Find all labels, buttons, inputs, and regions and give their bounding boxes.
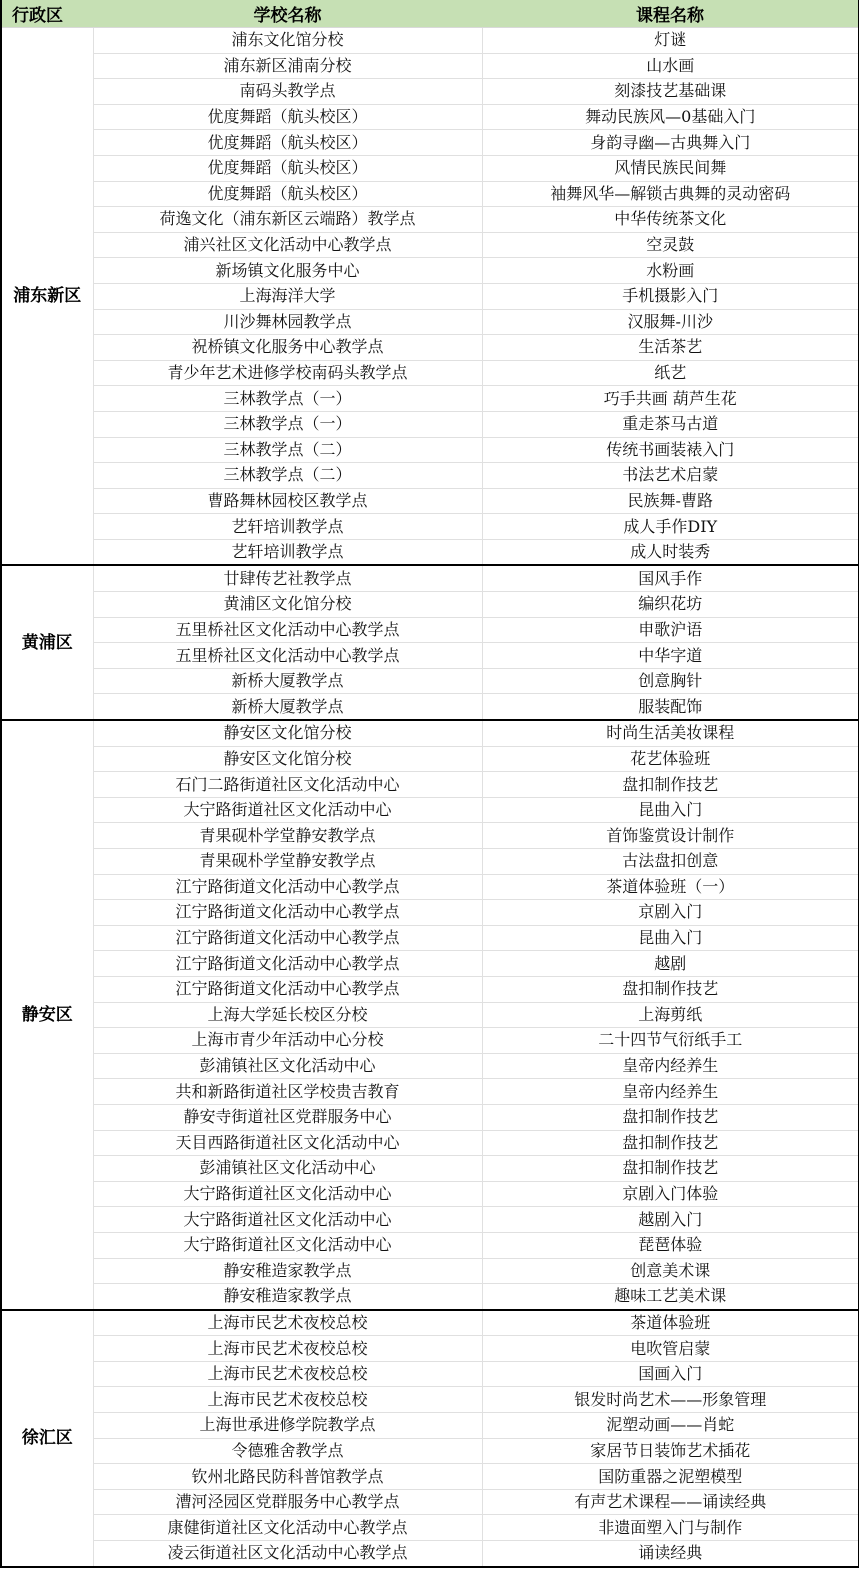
course-cell: 传统书画装裱入门	[482, 437, 859, 463]
table-row: 艺轩培训教学点成人手作DIY	[1, 514, 859, 540]
header-district: 行政区	[1, 0, 93, 28]
course-cell: 空灵鼓	[482, 232, 859, 258]
table-row: 共和新路街道社区学校贵吉教育皇帝内经养生	[1, 1079, 859, 1105]
course-cell: 二十四节气衍纸手工	[482, 1028, 859, 1054]
table-row: 三林教学点（一）重走茶马古道	[1, 411, 859, 437]
header-row: 行政区 学校名称 课程名称	[1, 0, 859, 28]
school-cell: 上海大学延长校区分校	[93, 1002, 482, 1028]
table-row: 优度舞蹈（航头校区）身韵寻幽—古典舞入门	[1, 130, 859, 156]
course-cell: 非遗面塑入门与制作	[482, 1515, 859, 1541]
school-cell: 新桥大厦教学点	[93, 668, 482, 694]
school-cell: 江宁路街道文化活动中心教学点	[93, 874, 482, 900]
school-cell: 三林教学点（二）	[93, 463, 482, 489]
course-cell: 服装配饰	[482, 694, 859, 720]
table-row: 五里桥社区文化活动中心教学点中华字道	[1, 643, 859, 669]
course-cell: 趣味工艺美术课	[482, 1284, 859, 1310]
school-cell: 三林教学点（一）	[93, 411, 482, 437]
table-row: 徐汇区上海市民艺术夜校总校茶道体验班	[1, 1310, 859, 1336]
school-cell: 大宁路街道社区文化活动中心	[93, 1181, 482, 1207]
course-cell: 昆曲入门	[482, 797, 859, 823]
school-cell: 青果砚朴学堂静安教学点	[93, 849, 482, 875]
table-row: 江宁路街道文化活动中心教学点越剧	[1, 951, 859, 977]
table-row: 静安区静安区文化馆分校时尚生活美妆课程	[1, 720, 859, 746]
course-cell: 家居节日装饰艺术插花	[482, 1438, 859, 1464]
course-cell: 国风手作	[482, 565, 859, 591]
table-row: 青果砚朴学堂静安教学点古法盘扣创意	[1, 849, 859, 875]
course-cell: 花艺体验班	[482, 746, 859, 772]
table-row: 新场镇文化服务中心水粉画	[1, 258, 859, 284]
school-cell: 大宁路街道社区文化活动中心	[93, 1207, 482, 1233]
school-cell: 浦东文化馆分校	[93, 28, 482, 54]
course-cell: 中华字道	[482, 643, 859, 669]
course-cell: 盘扣制作技艺	[482, 772, 859, 798]
course-cell: 盘扣制作技艺	[482, 1156, 859, 1182]
district-cell: 静安区	[1, 720, 93, 1310]
table-row: 上海海洋大学手机摄影入门	[1, 283, 859, 309]
course-cell: 皇帝内经养生	[482, 1053, 859, 1079]
course-cell: 皇帝内经养生	[482, 1079, 859, 1105]
table-row: 江宁路街道文化活动中心教学点盘扣制作技艺	[1, 976, 859, 1002]
school-cell: 大宁路街道社区文化活动中心	[93, 1232, 482, 1258]
school-cell: 优度舞蹈（航头校区）	[93, 130, 482, 156]
table-row: 上海市民艺术夜校总校电吹管启蒙	[1, 1336, 859, 1362]
course-cell: 纸艺	[482, 360, 859, 386]
school-cell: 南码头教学点	[93, 79, 482, 105]
school-cell: 共和新路街道社区学校贵吉教育	[93, 1079, 482, 1105]
school-cell: 青果砚朴学堂静安教学点	[93, 823, 482, 849]
school-cell: 钦州北路民防科普馆教学点	[93, 1464, 482, 1490]
course-cell: 越剧入门	[482, 1207, 859, 1233]
school-cell: 浦兴社区文化活动中心教学点	[93, 232, 482, 258]
school-cell: 凌云街道社区文化活动中心教学点	[93, 1541, 482, 1567]
table-row: 青少年艺术进修学校南码头教学点纸艺	[1, 360, 859, 386]
school-cell: 上海市民艺术夜校总校	[93, 1387, 482, 1413]
table-row: 江宁路街道文化活动中心教学点茶道体验班（一）	[1, 874, 859, 900]
course-cell: 中华传统茶文化	[482, 207, 859, 233]
school-cell: 川沙舞林园教学点	[93, 309, 482, 335]
course-cell: 银发时尚艺术——形象管理	[482, 1387, 859, 1413]
school-cell: 江宁路街道文化活动中心教学点	[93, 900, 482, 926]
district-cell: 浦东新区	[1, 28, 93, 566]
table-row: 大宁路街道社区文化活动中心越剧入门	[1, 1207, 859, 1233]
school-cell: 彭浦镇社区文化活动中心	[93, 1156, 482, 1182]
table-row: 上海市青少年活动中心分校二十四节气衍纸手工	[1, 1028, 859, 1054]
course-cell: 国画入门	[482, 1361, 859, 1387]
school-cell: 康健街道社区文化活动中心教学点	[93, 1515, 482, 1541]
table-row: 静安稚造家教学点创意美术课	[1, 1258, 859, 1284]
table-row: 曹路舞林园校区教学点民族舞-曹路	[1, 488, 859, 514]
table-row: 优度舞蹈（航头校区）袖舞风华—解锁古典舞的灵动密码	[1, 181, 859, 207]
school-cell: 曹路舞林园校区教学点	[93, 488, 482, 514]
school-cell: 五里桥社区文化活动中心教学点	[93, 643, 482, 669]
table-row: 三林教学点（一）巧手共画 葫芦生花	[1, 386, 859, 412]
school-cell: 天目西路街道社区文化活动中心	[93, 1130, 482, 1156]
course-cell: 茶道体验班（一）	[482, 874, 859, 900]
school-cell: 上海海洋大学	[93, 283, 482, 309]
table-row: 黄浦区廿肆传艺社教学点国风手作	[1, 565, 859, 591]
table-row: 上海世承进修学院教学点泥塑动画——肖蛇	[1, 1413, 859, 1439]
school-cell: 上海世承进修学院教学点	[93, 1413, 482, 1439]
school-cell: 青少年艺术进修学校南码头教学点	[93, 360, 482, 386]
table-row: 漕河泾园区党群服务中心教学点有声艺术课程——诵读经典	[1, 1489, 859, 1515]
course-cell: 泥塑动画——肖蛇	[482, 1413, 859, 1439]
course-cell: 重走茶马古道	[482, 411, 859, 437]
school-cell: 漕河泾园区党群服务中心教学点	[93, 1489, 482, 1515]
school-cell: 三林教学点（二）	[93, 437, 482, 463]
course-cell: 创意胸针	[482, 668, 859, 694]
school-cell: 优度舞蹈（航头校区）	[93, 155, 482, 181]
table-row: 五里桥社区文化活动中心教学点申歌沪语	[1, 617, 859, 643]
school-cell: 上海市青少年活动中心分校	[93, 1028, 482, 1054]
course-cell: 越剧	[482, 951, 859, 977]
school-cell: 五里桥社区文化活动中心教学点	[93, 617, 482, 643]
course-cell: 巧手共画 葫芦生花	[482, 386, 859, 412]
school-cell: 新场镇文化服务中心	[93, 258, 482, 284]
header-school: 学校名称	[93, 0, 482, 28]
school-cell: 优度舞蹈（航头校区）	[93, 181, 482, 207]
school-cell: 荷逸文化（浦东新区云端路）教学点	[93, 207, 482, 233]
table-row: 三林教学点（二）传统书画装裱入门	[1, 437, 859, 463]
school-cell: 静安区文化馆分校	[93, 720, 482, 746]
course-cell: 手机摄影入门	[482, 283, 859, 309]
course-cell: 舞动民族风—0基础入门	[482, 104, 859, 130]
school-cell: 令德雅舍教学点	[93, 1438, 482, 1464]
table-row: 浦兴社区文化活动中心教学点空灵鼓	[1, 232, 859, 258]
school-cell: 大宁路街道社区文化活动中心	[93, 797, 482, 823]
district-cell: 黄浦区	[1, 565, 93, 720]
course-cell: 上海剪纸	[482, 1002, 859, 1028]
school-cell: 上海市民艺术夜校总校	[93, 1361, 482, 1387]
school-cell: 江宁路街道文化活动中心教学点	[93, 925, 482, 951]
course-cell: 汉服舞-川沙	[482, 309, 859, 335]
table-row: 静安区文化馆分校花艺体验班	[1, 746, 859, 772]
school-cell: 江宁路街道文化活动中心教学点	[93, 951, 482, 977]
course-cell: 京剧入门体验	[482, 1181, 859, 1207]
table-row: 静安稚造家教学点趣味工艺美术课	[1, 1284, 859, 1310]
school-cell: 祝桥镇文化服务中心教学点	[93, 335, 482, 361]
table-row: 黄浦区文化馆分校编织花坊	[1, 592, 859, 618]
course-table: 行政区 学校名称 课程名称 浦东新区浦东文化馆分校灯谜浦东新区浦南分校山水画南码…	[0, 0, 859, 1568]
table-row: 静安寺街道社区党群服务中心盘扣制作技艺	[1, 1104, 859, 1130]
table-row: 凌云街道社区文化活动中心教学点诵读经典	[1, 1541, 859, 1567]
table-row: 青果砚朴学堂静安教学点首饰鉴赏设计制作	[1, 823, 859, 849]
course-cell: 民族舞-曹路	[482, 488, 859, 514]
course-cell: 时尚生活美妆课程	[482, 720, 859, 746]
school-cell: 上海市民艺术夜校总校	[93, 1310, 482, 1336]
table-row: 三林教学点（二）书法艺术启蒙	[1, 463, 859, 489]
course-cell: 创意美术课	[482, 1258, 859, 1284]
table-row: 令德雅舍教学点家居节日装饰艺术插花	[1, 1438, 859, 1464]
school-cell: 上海市民艺术夜校总校	[93, 1336, 482, 1362]
table-row: 大宁路街道社区文化活动中心琵琶体验	[1, 1232, 859, 1258]
table-row: 江宁路街道文化活动中心教学点京剧入门	[1, 900, 859, 926]
school-cell: 浦东新区浦南分校	[93, 53, 482, 79]
course-cell: 首饰鉴赏设计制作	[482, 823, 859, 849]
school-cell: 静安稚造家教学点	[93, 1258, 482, 1284]
table-row: 石门二路街道社区文化活动中心盘扣制作技艺	[1, 772, 859, 798]
table-row: 优度舞蹈（航头校区）舞动民族风—0基础入门	[1, 104, 859, 130]
table-row: 优度舞蹈（航头校区）风情民族民间舞	[1, 155, 859, 181]
table-row: 大宁路街道社区文化活动中心昆曲入门	[1, 797, 859, 823]
table-row: 康健街道社区文化活动中心教学点非遗面塑入门与制作	[1, 1515, 859, 1541]
course-cell: 成人手作DIY	[482, 514, 859, 540]
school-cell: 新桥大厦教学点	[93, 694, 482, 720]
table-row: 钦州北路民防科普馆教学点国防重器之泥塑模型	[1, 1464, 859, 1490]
course-cell: 昆曲入门	[482, 925, 859, 951]
table-body: 浦东新区浦东文化馆分校灯谜浦东新区浦南分校山水画南码头教学点刻漆技艺基础课优度舞…	[1, 28, 859, 1567]
course-cell: 盘扣制作技艺	[482, 1130, 859, 1156]
table-row: 新桥大厦教学点创意胸针	[1, 668, 859, 694]
course-cell: 诵读经典	[482, 1541, 859, 1567]
course-cell: 京剧入门	[482, 900, 859, 926]
table-row: 大宁路街道社区文化活动中心京剧入门体验	[1, 1181, 859, 1207]
table-row: 彭浦镇社区文化活动中心皇帝内经养生	[1, 1053, 859, 1079]
course-cell: 水粉画	[482, 258, 859, 284]
course-cell: 茶道体验班	[482, 1310, 859, 1336]
course-cell: 电吹管启蒙	[482, 1336, 859, 1362]
table-row: 浦东新区浦南分校山水画	[1, 53, 859, 79]
course-cell: 风情民族民间舞	[482, 155, 859, 181]
course-cell: 盘扣制作技艺	[482, 976, 859, 1002]
course-cell: 书法艺术启蒙	[482, 463, 859, 489]
school-cell: 静安区文化馆分校	[93, 746, 482, 772]
table-row: 上海大学延长校区分校上海剪纸	[1, 1002, 859, 1028]
course-cell: 盘扣制作技艺	[482, 1104, 859, 1130]
table-row: 新桥大厦教学点服装配饰	[1, 694, 859, 720]
course-cell: 袖舞风华—解锁古典舞的灵动密码	[482, 181, 859, 207]
table-row: 彭浦镇社区文化活动中心盘扣制作技艺	[1, 1156, 859, 1182]
table-row: 上海市民艺术夜校总校银发时尚艺术——形象管理	[1, 1387, 859, 1413]
table-row: 江宁路街道文化活动中心教学点昆曲入门	[1, 925, 859, 951]
course-cell: 申歌沪语	[482, 617, 859, 643]
school-cell: 艺轩培训教学点	[93, 539, 482, 565]
table-row: 天目西路街道社区文化活动中心盘扣制作技艺	[1, 1130, 859, 1156]
table-row: 南码头教学点刻漆技艺基础课	[1, 79, 859, 105]
course-cell: 灯谜	[482, 28, 859, 54]
course-cell: 刻漆技艺基础课	[482, 79, 859, 105]
district-cell: 徐汇区	[1, 1310, 93, 1567]
table-row: 荷逸文化（浦东新区云端路）教学点中华传统茶文化	[1, 207, 859, 233]
course-cell: 琵琶体验	[482, 1232, 859, 1258]
school-cell: 廿肆传艺社教学点	[93, 565, 482, 591]
course-cell: 编织花坊	[482, 592, 859, 618]
school-cell: 静安寺街道社区党群服务中心	[93, 1104, 482, 1130]
table-row: 祝桥镇文化服务中心教学点生活茶艺	[1, 335, 859, 361]
course-cell: 山水画	[482, 53, 859, 79]
school-cell: 静安稚造家教学点	[93, 1284, 482, 1310]
school-cell: 黄浦区文化馆分校	[93, 592, 482, 618]
school-cell: 石门二路街道社区文化活动中心	[93, 772, 482, 798]
course-cell: 有声艺术课程——诵读经典	[482, 1489, 859, 1515]
header-course: 课程名称	[482, 0, 859, 28]
school-cell: 三林教学点（一）	[93, 386, 482, 412]
school-cell: 艺轩培训教学点	[93, 514, 482, 540]
course-cell: 古法盘扣创意	[482, 849, 859, 875]
course-cell: 国防重器之泥塑模型	[482, 1464, 859, 1490]
table-row: 川沙舞林园教学点汉服舞-川沙	[1, 309, 859, 335]
table-row: 上海市民艺术夜校总校国画入门	[1, 1361, 859, 1387]
table-row: 艺轩培训教学点成人时装秀	[1, 539, 859, 565]
school-cell: 优度舞蹈（航头校区）	[93, 104, 482, 130]
course-cell: 成人时装秀	[482, 539, 859, 565]
course-cell: 生活茶艺	[482, 335, 859, 361]
course-cell: 身韵寻幽—古典舞入门	[482, 130, 859, 156]
school-cell: 江宁路街道文化活动中心教学点	[93, 976, 482, 1002]
table-row: 浦东新区浦东文化馆分校灯谜	[1, 28, 859, 54]
school-cell: 彭浦镇社区文化活动中心	[93, 1053, 482, 1079]
